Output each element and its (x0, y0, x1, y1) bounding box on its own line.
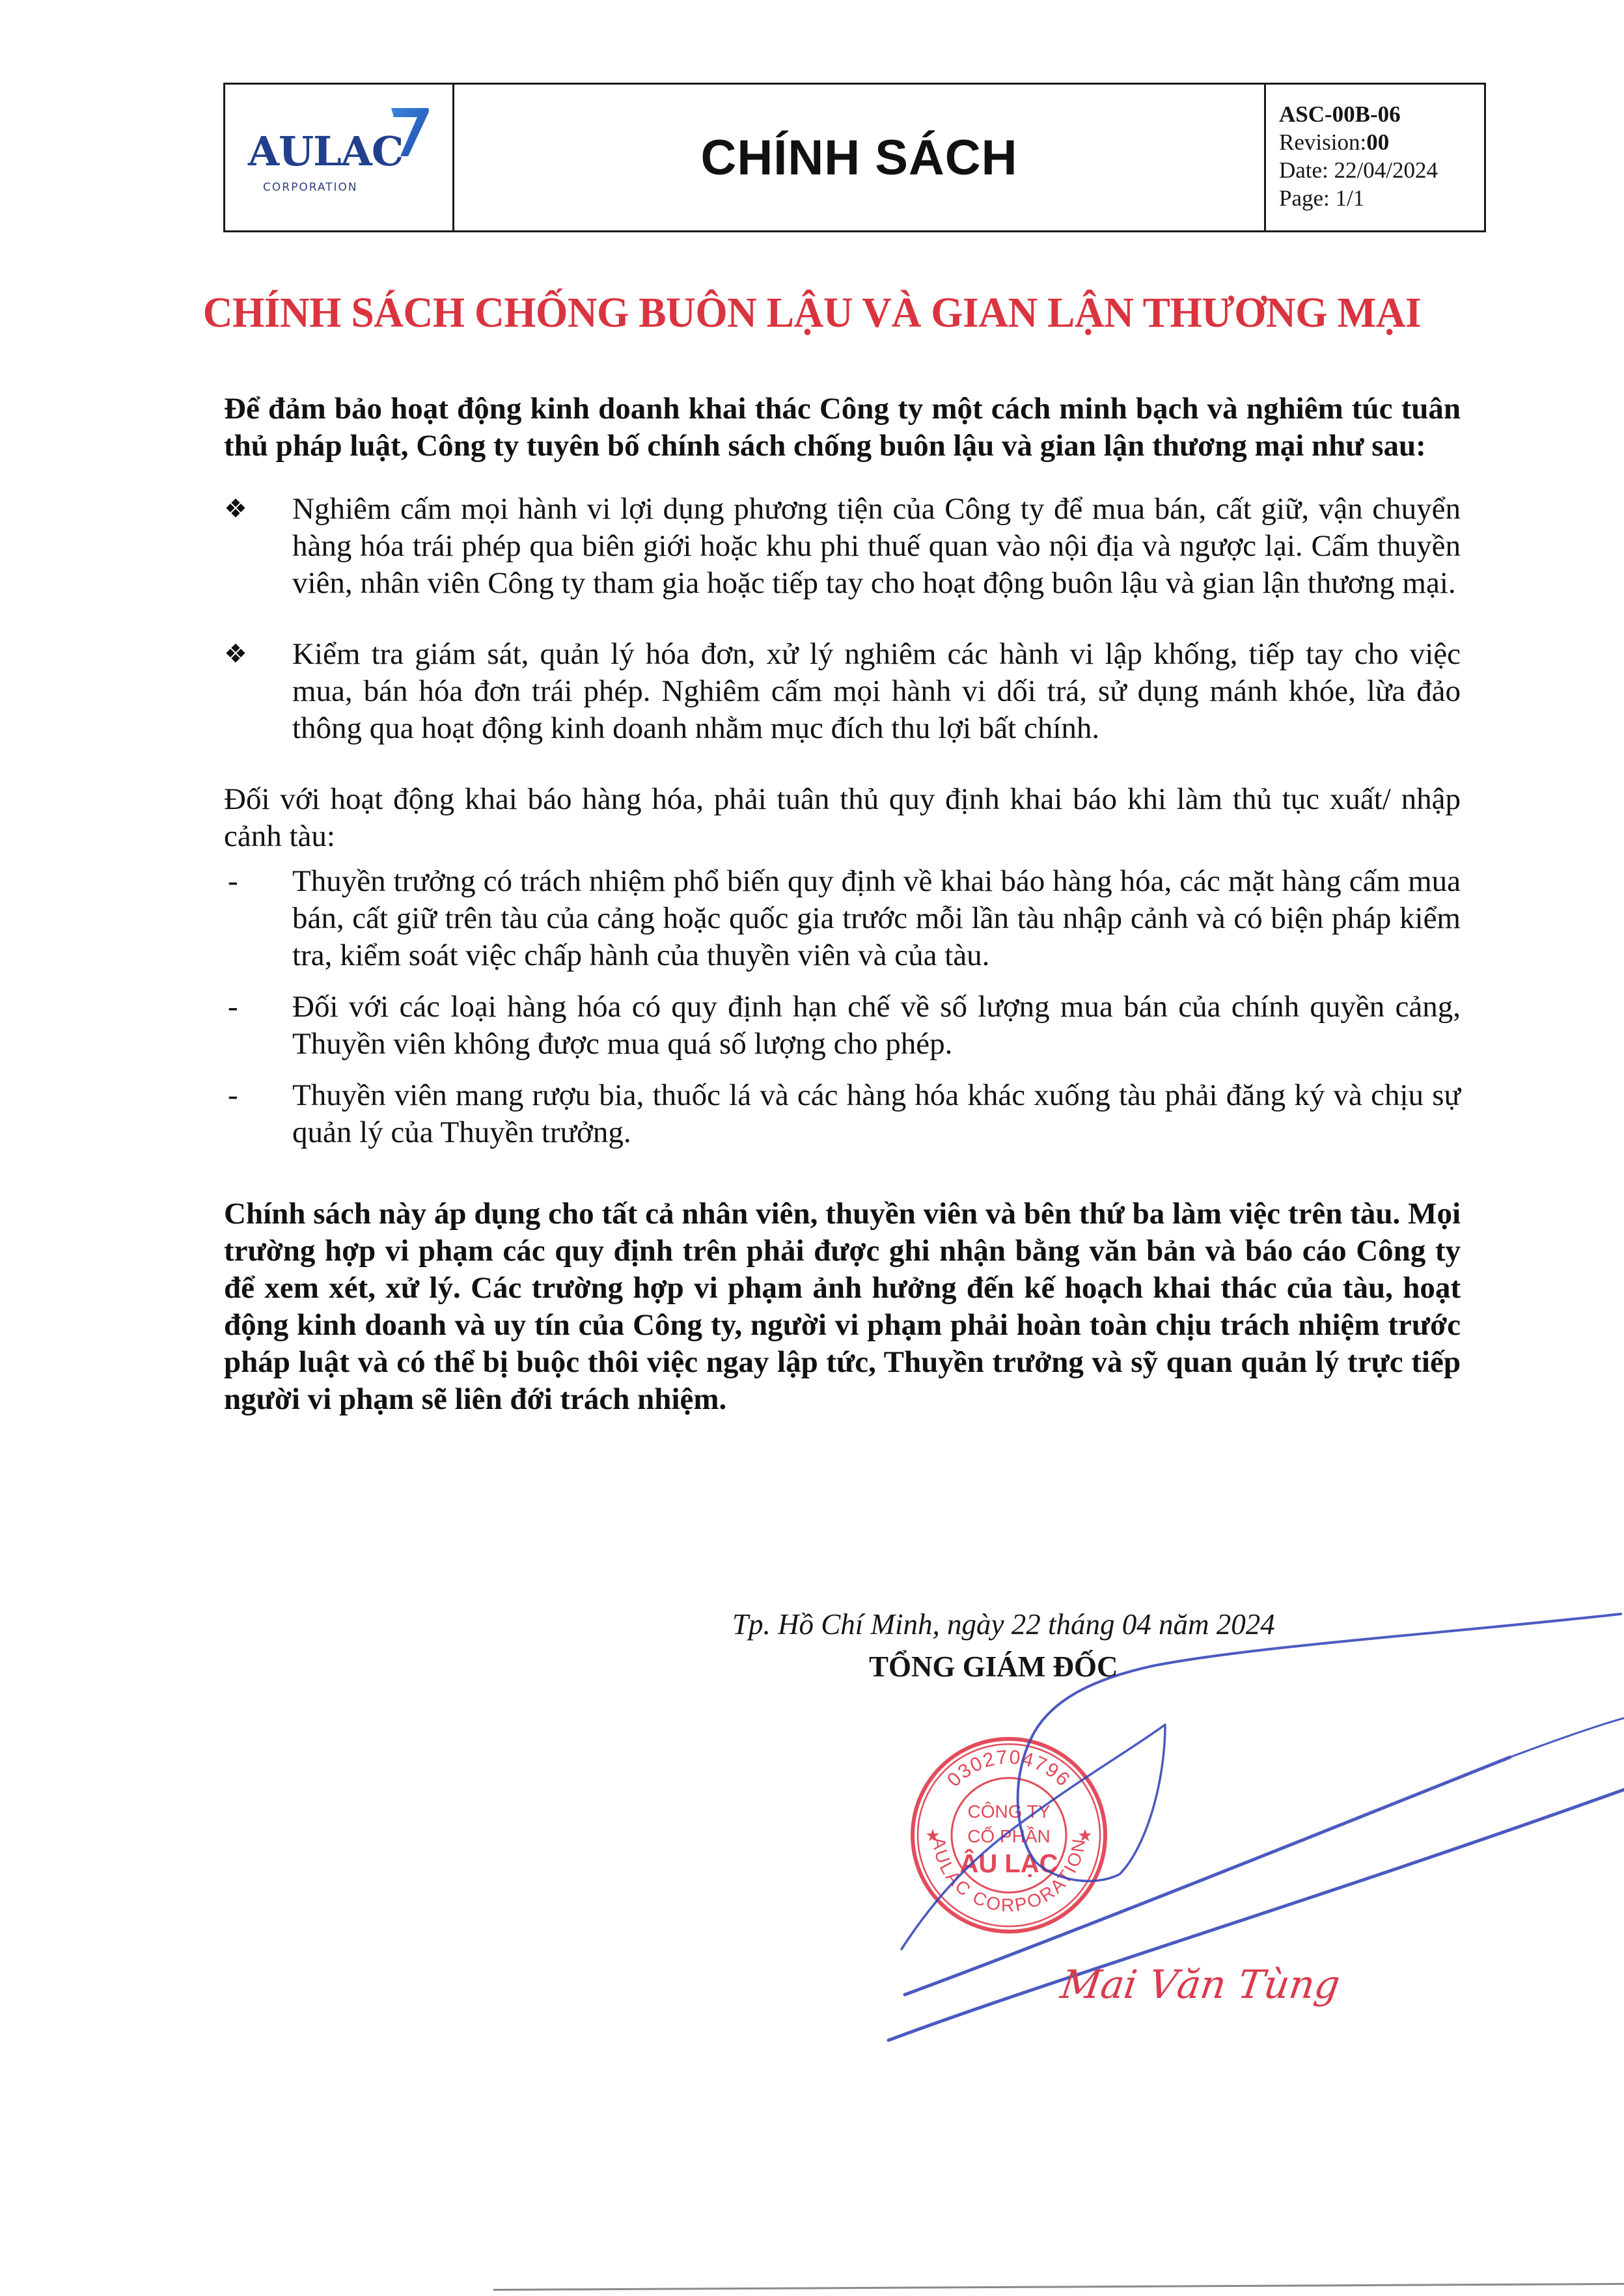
company-logo: AULAC CORPORATION (225, 85, 454, 230)
bullet-text: Nghiêm cấm mọi hành vi lợi dụng phương t… (292, 492, 1461, 600)
policy-bullets: ❖ Nghiêm cấm mọi hành vi lợi dụng phương… (224, 491, 1461, 747)
declaration-item: - Thuyền trưởng có trách nhiệm phổ biến … (224, 863, 1461, 974)
policy-body: Để đảm bảo hoạt động kinh doanh khai thá… (224, 390, 1461, 1418)
issue-date: Date: 22/04/2024 (1279, 156, 1484, 184)
document-code: ASC-00B-06 (1279, 100, 1484, 128)
bullet-text: Kiểm tra giám sát, quản lý hóa đơn, xử l… (292, 637, 1461, 745)
logo-wordmark: AULAC (248, 131, 403, 172)
revision-label: Revision: (1279, 130, 1366, 155)
place-and-date: Tp. Hồ Chí Minh, ngày 22 tháng 04 năm 20… (732, 1607, 1275, 1641)
aulac-seven-logo-icon (385, 105, 430, 157)
declaration-item: - Đối với các loại hàng hóa có quy định … (224, 989, 1461, 1063)
svg-text:★: ★ (1077, 1825, 1092, 1845)
seal-line-1: CÔNG TY (967, 1801, 1050, 1822)
svg-text:★: ★ (925, 1825, 940, 1845)
logo-subtitle: CORPORATION (263, 181, 358, 194)
seal-line-3: ÂU LẠC (959, 1848, 1058, 1878)
declaration-list: - Thuyền trưởng có trách nhiệm phổ biến … (224, 863, 1461, 1151)
declaration-item: - Thuyền viên mang rượu bia, thuốc lá và… (224, 1077, 1461, 1151)
dash-marker: - (228, 989, 238, 1026)
dash-marker: - (228, 863, 238, 900)
seal-line-2: CỔ PHẦN (967, 1826, 1051, 1846)
policy-bullet: ❖ Nghiêm cấm mọi hành vi lợi dụng phương… (224, 491, 1461, 602)
policy-title: CHÍNH SÁCH CHỐNG BUÔN LẬU VÀ GIAN LẬN TH… (33, 292, 1591, 335)
closing-paragraph: Chính sách này áp dụng cho tất cả nhân v… (224, 1196, 1461, 1418)
declaration-intro: Đối với hoạt động khai báo hàng hóa, phả… (224, 781, 1461, 855)
document-control-info: ASC-00B-06 Revision:00 Date: 22/04/2024 … (1266, 85, 1484, 230)
company-seal-icon: 0302704796 AULAC CORPORATION ★ ★ CÔNG TY… (908, 1734, 1110, 1936)
header-title: CHÍNH SÁCH (700, 130, 1017, 186)
scan-edge-line (493, 2283, 1624, 2291)
policy-bullet: ❖ Kiểm tra giám sát, quản lý hóa đơn, xử… (224, 636, 1461, 747)
page-number: Page: 1/1 (1279, 184, 1484, 212)
declaration-text: Thuyền trưởng có trách nhiệm phổ biến qu… (292, 864, 1461, 972)
seal-tax-code: 0302704796 (943, 1747, 1075, 1791)
dash-marker: - (228, 1077, 238, 1114)
header-title-cell: CHÍNH SÁCH (454, 85, 1266, 230)
declaration-text: Đối với các loại hàng hóa có quy định hạ… (292, 990, 1461, 1061)
signer-name: Mai Văn Tùng (1058, 1962, 1343, 2008)
document-header: AULAC CORPORATION CHÍNH SÁCH ASC-00B-06 … (223, 83, 1486, 232)
diamond-bullet-icon: ❖ (224, 491, 247, 528)
diamond-bullet-icon: ❖ (224, 636, 247, 673)
revision: Revision:00 (1279, 128, 1484, 156)
revision-value: 00 (1366, 130, 1389, 155)
svg-text:0302704796: 0302704796 (943, 1747, 1075, 1791)
signer-title: TỔNG GIÁM ĐỐC (869, 1650, 1118, 1684)
declaration-text: Thuyền viên mang rượu bia, thuốc lá và c… (292, 1078, 1461, 1149)
intro-paragraph: Để đảm bảo hoạt động kinh doanh khai thá… (224, 390, 1461, 465)
